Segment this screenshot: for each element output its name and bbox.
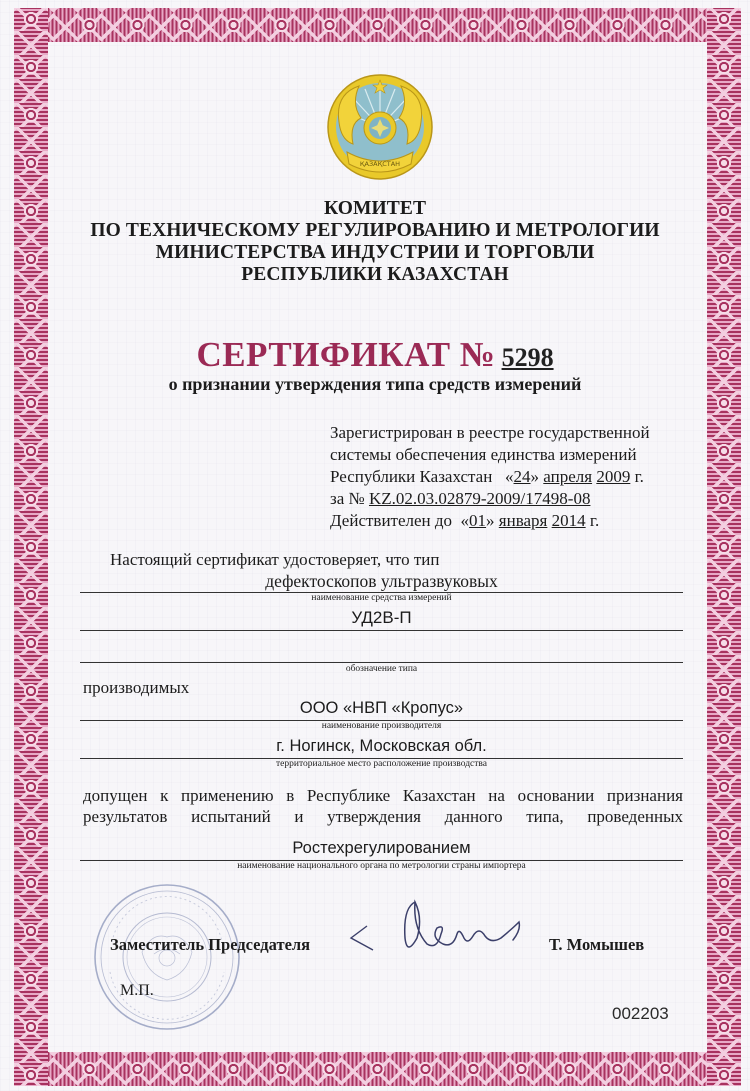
type-designation-field: УД2В-П [80,606,683,631]
ornamental-border-top [14,8,741,42]
header-line-1: КОМИТЕТ [60,198,690,220]
official-seal-stamp-icon [92,882,242,1032]
registration-day: 24 [514,467,531,486]
validity-month: января [499,511,548,530]
production-location-field: г. Ногинск, Московская обл. [80,734,683,759]
type-designation-extra-line [80,640,683,663]
header-line-3: МИНИСТЕРСТВА ИНДУСТРИИ И ТОРГОВЛИ [60,242,690,264]
ornamental-border-left [14,8,48,1086]
instrument-name-caption: наименование средства измерений [80,593,683,603]
production-location-caption: территориальное место расположение произ… [80,759,683,769]
form-serial-number: 002203 [612,1004,669,1024]
header-line-2: ПО ТЕХНИЧЕСКОМУ РЕГУЛИРОВАНИЮ И МЕТРОЛОГ… [60,220,690,242]
validity-line: Действителен до «01» января 2014 г. [330,510,700,532]
handwritten-signature-icon [345,888,540,958]
metrology-authority-field: Ростехрегулированием [80,836,683,861]
registration-number: KZ.02.03.02879-2009/17498-08 [369,489,590,508]
issuing-authority-header: КОМИТЕТ ПО ТЕХНИЧЕСКОМУ РЕГУЛИРОВАНИЮ И … [60,198,690,286]
year-suffix: г. [635,467,644,486]
registration-line-2: системы обеспечения единства измерений [330,444,700,466]
ornamental-border-right [707,8,741,1086]
seal-place-label: М.П. [120,982,154,1000]
registration-line-1: Зарегистрирован в реестре государственно… [330,422,700,444]
year-suffix: г. [590,511,599,530]
signatory-position: Заместитель Председателя [110,935,310,955]
type-designation-caption: обозначение типа [80,664,683,674]
admission-line-1: допущен к применению в Республике Казахс… [83,785,683,807]
emblem-ribbon-text: ҚАЗАҚСТАН [360,160,400,168]
certificate-subtitle: о признании утверждения типа средств изм… [60,374,690,395]
admission-line-2: результатов испытаний и утверждения данн… [83,806,683,828]
certificate-intro: Настоящий сертификат удостоверяет, что т… [110,550,439,570]
ornamental-border-bottom [14,1052,741,1086]
validity-day: 01 [469,511,486,530]
certificate-title-label: СЕРТИФИКАТ № [196,335,495,374]
registration-number-line: за № KZ.02.03.02879-2009/17498-08 [330,488,700,510]
registration-block: Зарегистрирован в реестре государственно… [330,422,700,532]
metrology-authority-caption: наименование национального органа по мет… [80,861,683,871]
certificate-number: 5298 [502,343,554,372]
registration-month: апреля [543,467,592,486]
validity-year: 2014 [552,511,586,530]
certificate-title: СЕРТИФИКАТ №5298 [60,335,690,375]
coat-of-arms-emblem-icon: ҚАЗАҚСТАН [325,72,435,182]
validity-prefix: Действителен до [330,511,452,530]
registration-date-line: Республики Казахстан «24» апреля 2009 г. [330,466,700,488]
instrument-name-field: дефектоскопов ультразвуковых [80,570,683,593]
header-line-4: РЕСПУБЛИКИ КАЗАХСТАН [60,264,690,286]
manufacturer-field: ООО «НВП «Кропус» [80,696,683,721]
registration-country: Республики Казахстан [330,467,492,486]
registration-year: 2009 [596,467,630,486]
manufacturer-caption: наименование производителя [80,721,683,731]
produced-label: производимых [83,678,189,698]
signatory-name: Т. Момышев [549,935,644,955]
registration-number-prefix: за № [330,489,365,508]
